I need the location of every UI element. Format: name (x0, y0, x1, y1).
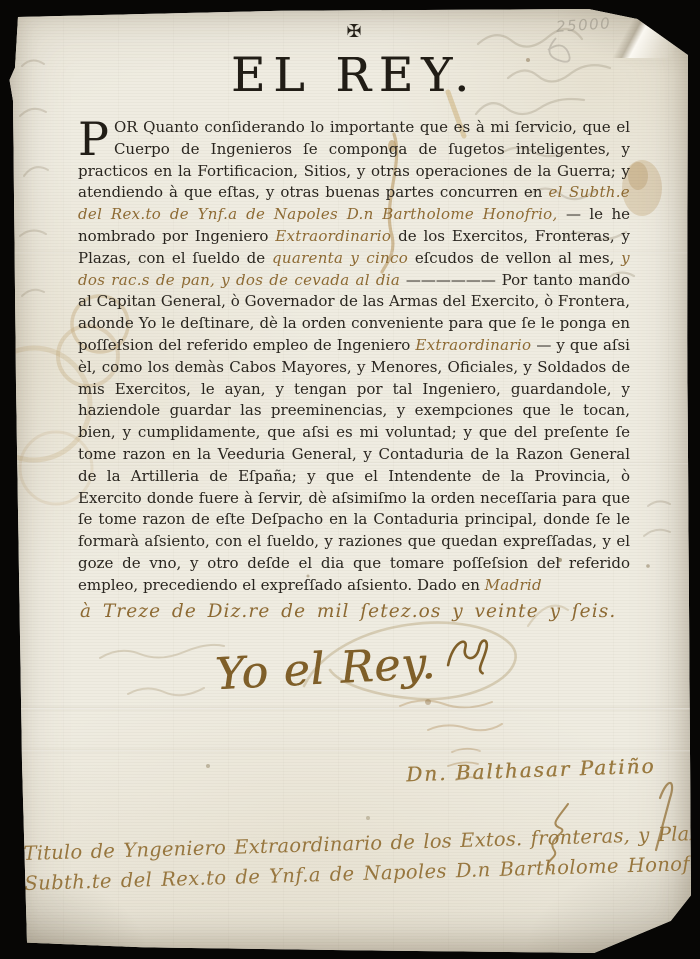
body-hand-insertion-rank2: Extraordinario (415, 336, 531, 354)
body-print-segment: eſcudos de vellon al mes, (415, 249, 615, 267)
signature-row: Yo el Rey. (78, 638, 630, 693)
body-hand-insertion-salary: quarenta y cinco (272, 249, 408, 267)
body-print-segment: — y que aſsi èl, como los demàs Cabos Ma… (78, 336, 630, 594)
countersignature: Dn. Balthasar Patiño (406, 754, 656, 787)
document-paper: 25000 ✠ EL REY. POR Quanto conſiderando … (8, 6, 692, 954)
royal-signature: Yo el Rey. (213, 630, 494, 700)
document-title: EL REY. (78, 48, 630, 103)
signature-paraph-flourish (440, 630, 494, 677)
decree-body: POR Quanto conſiderando lo importante qu… (78, 117, 630, 597)
scan-background: { "document": { "corner_number": "25000"… (0, 0, 700, 959)
docket-annotation: Titulo de Yngeniero Extraordinario de lo… (23, 822, 688, 895)
royal-signature-text: Yo el Rey. (214, 637, 437, 699)
body-hand-insertion-rank: Extraordinario (275, 227, 391, 245)
decree-content: ✠ EL REY. POR Quanto conſiderando lo imp… (8, 6, 692, 693)
fold-crease (8, 748, 692, 753)
drop-cap: P (78, 117, 114, 158)
body-hand-insertion-place: Madrid (485, 576, 542, 594)
fold-crease (8, 706, 692, 711)
handwritten-date-line: à Treze de Diz.re de mil ſetez.os y vein… (80, 601, 630, 622)
maltese-cross-ornament: ✠ (78, 22, 630, 42)
